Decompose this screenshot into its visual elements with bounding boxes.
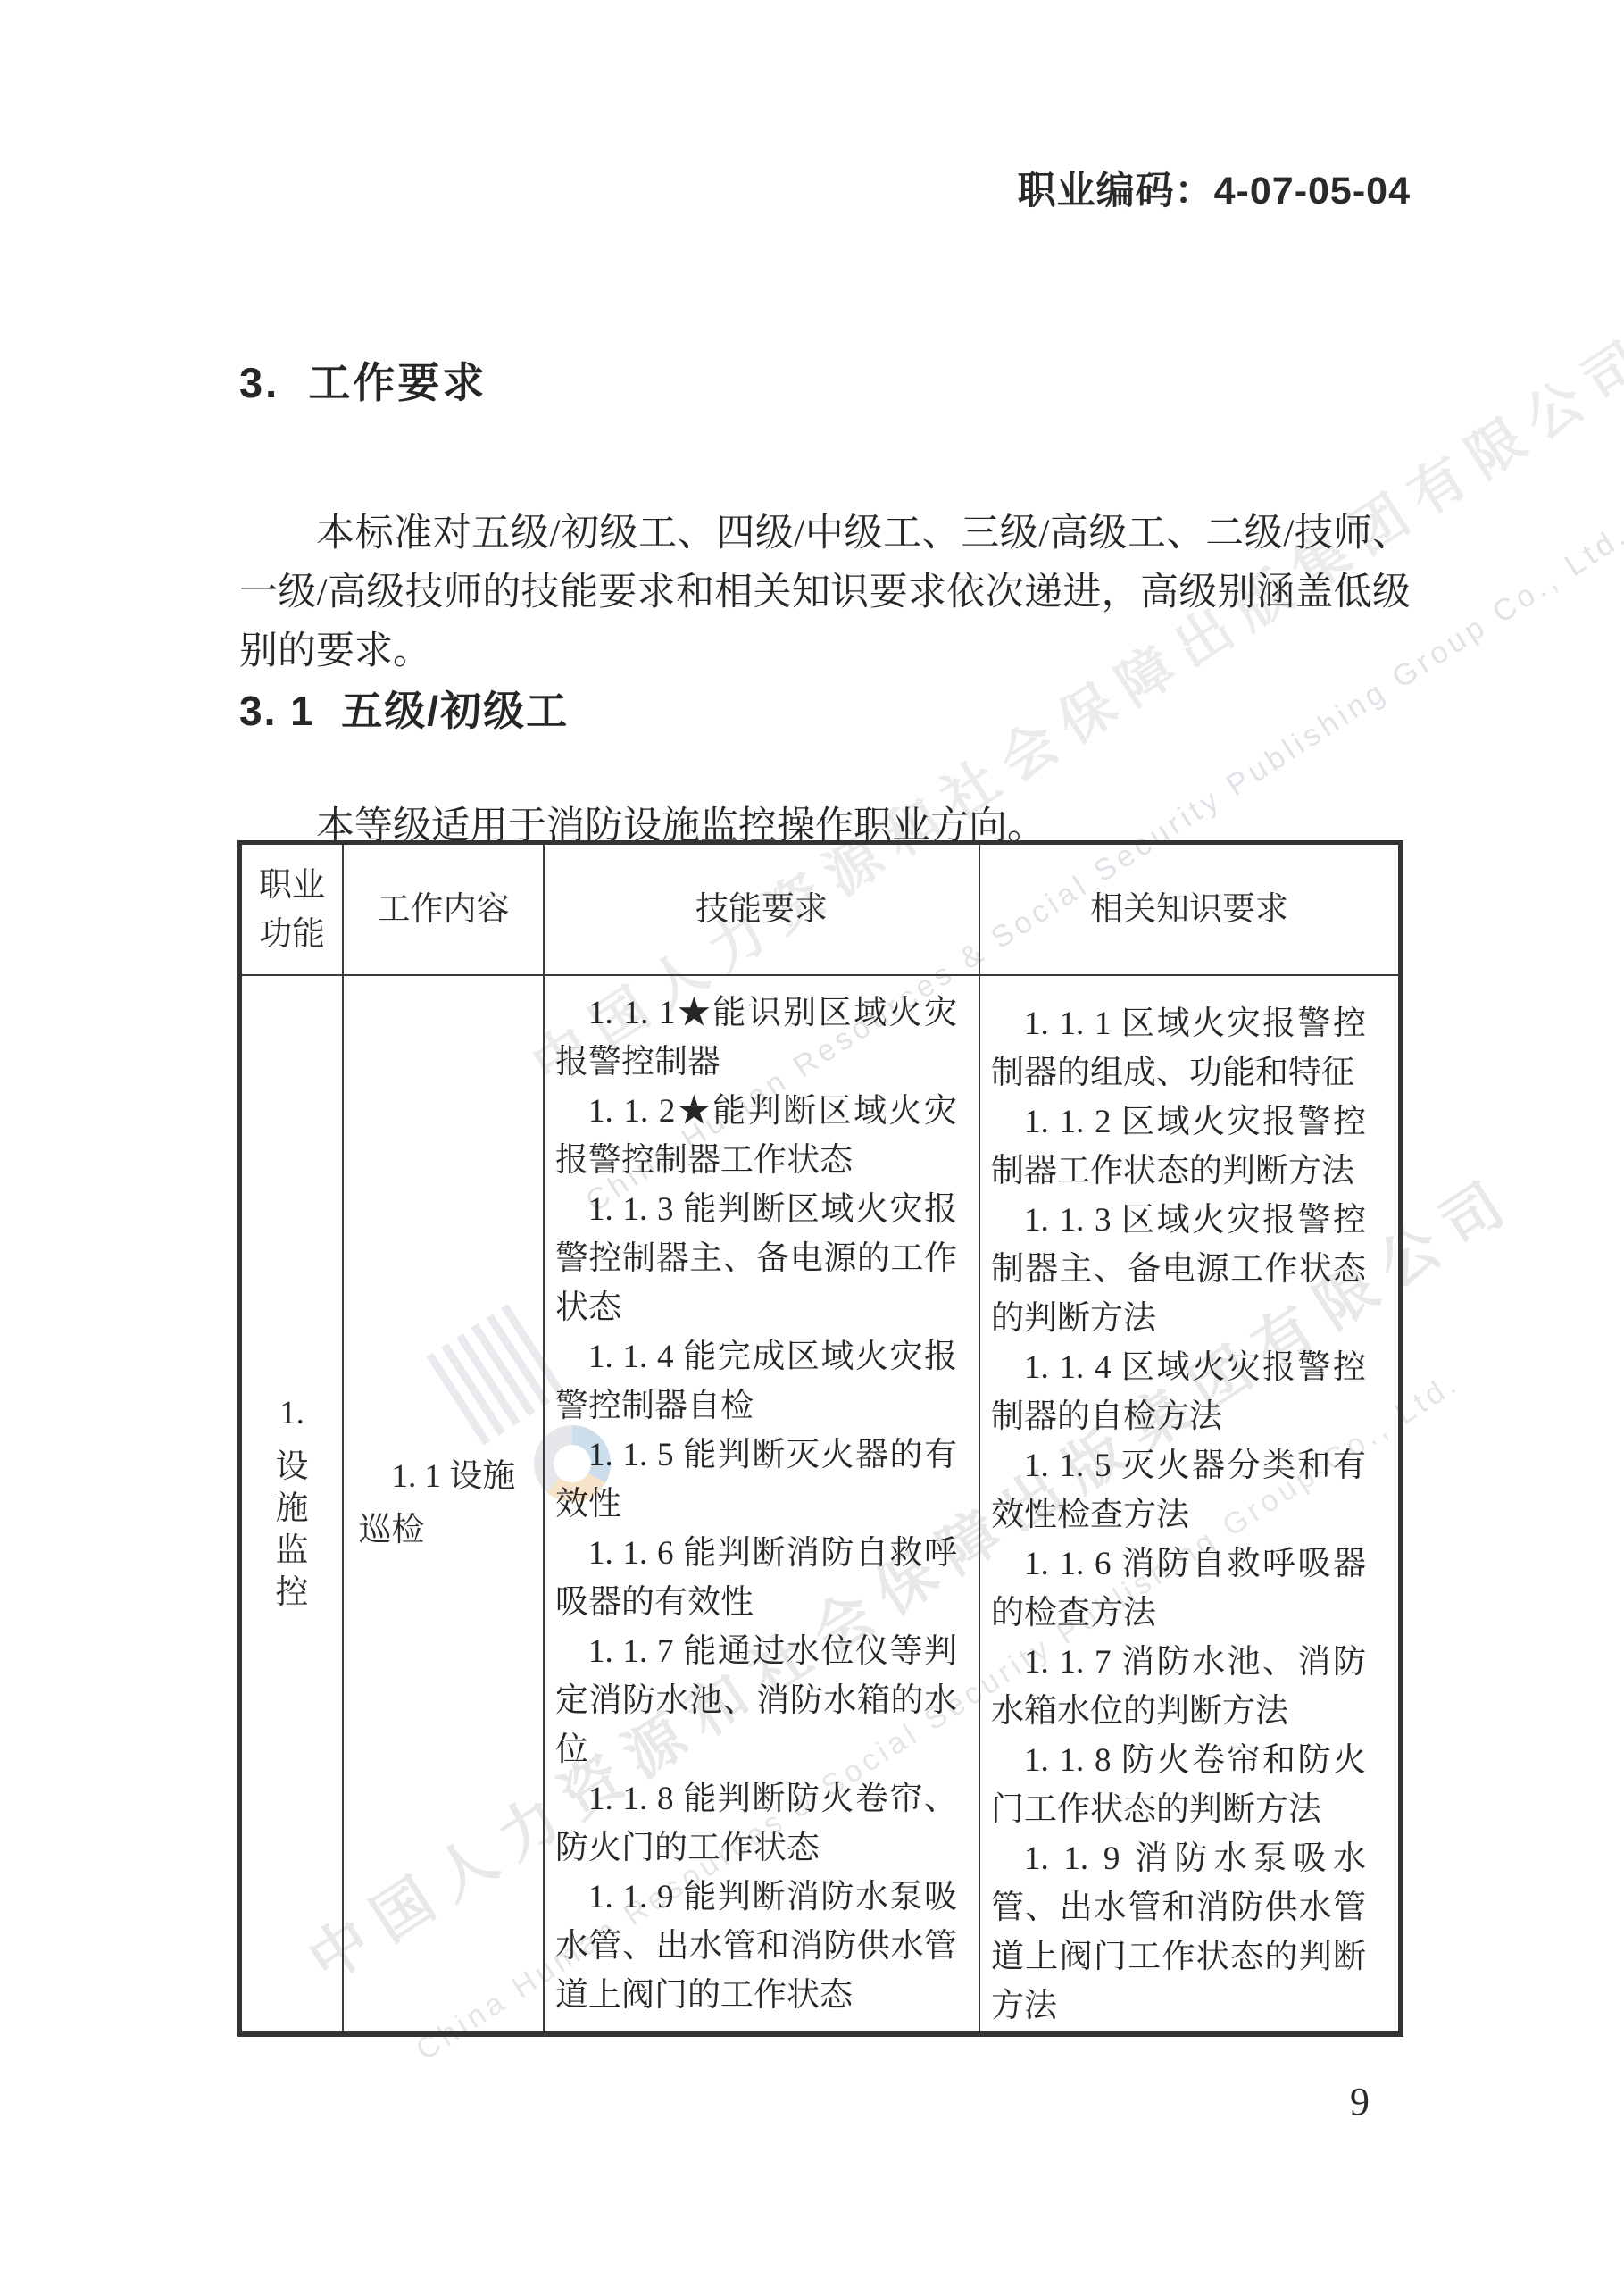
column-header-job-function: 职业功能 <box>242 845 342 976</box>
skill-item: 1. 1. 8 能判断防火卷帘、防火门的工作状态 <box>555 1774 957 1873</box>
knowledge-item: 1. 1. 3 区域火灾报警控制器主、备电源工作状态的判断方法 <box>991 1196 1366 1343</box>
job-function-name-vertical: 设施监控 <box>274 1446 310 1614</box>
knowledge-item: 1. 1. 4 区域火灾报警控制器的自检方法 <box>991 1343 1366 1441</box>
intro-paragraph: 本标准对五级/初级工、四级/中级工、三级/高级工、二级/技师、一级/高级技师的技… <box>239 505 1411 681</box>
column-header-knowledge-requirements: 相关知识要求 <box>979 845 1398 976</box>
skill-item: 1. 1. 3 能判断区域火灾报警控制器主、备电源的工作状态 <box>555 1185 957 1332</box>
job-function-number: 1. <box>279 1394 304 1433</box>
subsection-heading-level5: 3. 1 五级/初级工 <box>239 679 569 738</box>
skill-item: 1. 1. 7 能通过水位仪等判定消防水池、消防水箱的水位 <box>555 1627 957 1774</box>
knowledge-item: 1. 1. 6 消防自救呼吸器的检查方法 <box>991 1540 1366 1638</box>
skill-item: 1. 1. 2★能判断区域火灾报警控制器工作状态 <box>555 1087 957 1185</box>
skill-item: 1. 1. 5 能判断灭火器的有效性 <box>555 1431 957 1529</box>
column-header-skill-requirements: 技能要求 <box>543 845 979 976</box>
knowledge-item: 1. 1. 2 区域火灾报警控制器工作状态的判断方法 <box>991 1097 1366 1196</box>
skill-item: 1. 1. 4 能完成区域火灾报警控制器自检 <box>555 1332 957 1431</box>
requirements-table: 职业功能 工作内容 技能要求 相关知识要求 1. 设施监控 1. 1 设施巡检 … <box>237 840 1403 2037</box>
knowledge-item: 1. 1. 7 消防水池、消防水箱水位的判断方法 <box>991 1638 1366 1736</box>
skill-requirements-cell: 1. 1. 1★能识别区域火灾报警控制器1. 1. 2★能判断区域火灾报警控制器… <box>543 976 979 2031</box>
work-content-cell: 1. 1 设施巡检 <box>342 976 543 2031</box>
document-page: 中国人力资源和社会保障出版集团有限公司 中国人力资源和社会保障出版集团有限公司 … <box>0 0 1624 2278</box>
work-content-label: 1. 1 设施巡检 <box>359 1450 529 1557</box>
occupation-code: 职业编码：4-07-05-04 <box>1018 161 1411 215</box>
skill-item: 1. 1. 1★能识别区域火灾报警控制器 <box>555 989 957 1087</box>
knowledge-requirements-cell: 1. 1. 1 区域火灾报警控制器的组成、功能和特征1. 1. 2 区域火灾报警… <box>979 976 1398 2031</box>
job-function-cell: 1. 设施监控 <box>242 976 342 2031</box>
knowledge-item: 1. 1. 1 区域火灾报警控制器的组成、功能和特征 <box>991 999 1366 1097</box>
column-header-work-content: 工作内容 <box>342 845 543 976</box>
page-number: 9 <box>1350 2079 1370 2124</box>
skill-item: 1. 1. 9 能判断消防水泵吸水管、出水管和消防供水管道上阀门的工作状态 <box>555 1873 957 2020</box>
knowledge-item: 1. 1. 8 防火卷帘和防火门工作状态的判断方法 <box>991 1736 1366 1834</box>
knowledge-item: 1. 1. 5 灭火器分类和有效性检查方法 <box>991 1441 1366 1540</box>
section-heading-work-requirements: 3. 工作要求 <box>239 350 487 410</box>
knowledge-item: 1. 1. 9 消防水泵吸水管、出水管和消防供水管道上阀门工作状态的判断方法 <box>991 1834 1366 2031</box>
skill-item: 1. 1. 6 能判断消防自救呼吸器的有效性 <box>555 1529 957 1627</box>
